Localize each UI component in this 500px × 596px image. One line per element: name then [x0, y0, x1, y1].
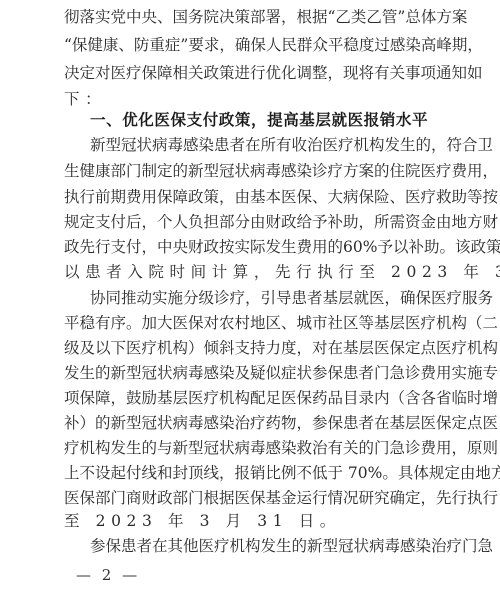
body-line: 发生的新型冠状病毒感染及疑似症状参保患者门急诊费用实施专: [64, 362, 436, 384]
body-line: 补）的新型冠状病毒感染治疗药物，参保患者在基层医保定点医: [64, 412, 436, 434]
body-line: 彻落实党中央、国务院决策部署，根据“乙类乙管”总体方案: [64, 6, 436, 28]
body-line: 疗机构发生的与新型冠状病毒感染救治有关的门急诊费用，原则: [64, 437, 436, 459]
paragraph-first-line: 协同推动实施分级诊疗，引导患者基层就医，确保医疗服务: [90, 287, 436, 309]
page-number: — 2 —: [76, 564, 140, 586]
body-line: 决定对医疗保障相关政策进行优化调整，现将有关事项通知如: [64, 62, 436, 84]
body-line: 政先行支付，中央财政按实际发生费用的60%予以补助。该政策: [64, 236, 436, 258]
body-line: 平稳有序。加大医保对农村地区、城市社区等基层医疗机构（二: [64, 312, 436, 334]
paragraph-first-line: 新型冠状病毒感染患者在所有收治医疗机构发生的，符合卫: [90, 134, 436, 156]
body-line: 规定支付后，个人负担部分由财政给予补助，所需资金由地方财: [64, 211, 436, 233]
section-heading: 一、优化医保支付政策，提高基层就医报销水平: [90, 109, 436, 131]
paragraph-first-line: 参保患者在其他医疗机构发生的新型冠状病毒感染治疗门急: [90, 535, 436, 557]
body-line: 上不设起付线和封顶线，报销比例不低于 70%。具体规定由地方: [64, 462, 436, 484]
body-line: “保健康、防重症”要求，确保人民群众平稳度过感染高峰期，: [64, 34, 436, 56]
body-line: 级及以下医疗机构）倾斜支持力度，对在基层医保定点医疗机构: [64, 337, 436, 359]
body-line: 项保障，鼓励基层医疗机构配足医保药品目录内（含各省临时增: [64, 387, 436, 409]
body-line: 执行前期费用保障政策，由基本医保、大病保险、医疗救助等按: [64, 186, 436, 208]
document-page: 彻落实党中央、国务院决策部署，根据“乙类乙管”总体方案 “保健康、防重症”要求，…: [0, 0, 500, 596]
body-line: 至 2023 年 3 月 31 日。: [64, 510, 436, 532]
body-line: 医保部门商财政部门根据医保基金运行情况研究确定，先行执行: [64, 487, 436, 509]
body-line: 下：: [64, 88, 436, 110]
body-line: 以患者入院时间计算，先行执行至 2023 年 3 月 31 日。: [64, 261, 436, 283]
body-line: 生健康部门制定的新型冠状病毒感染诊疗方案的住院医疗费用，: [64, 160, 436, 182]
